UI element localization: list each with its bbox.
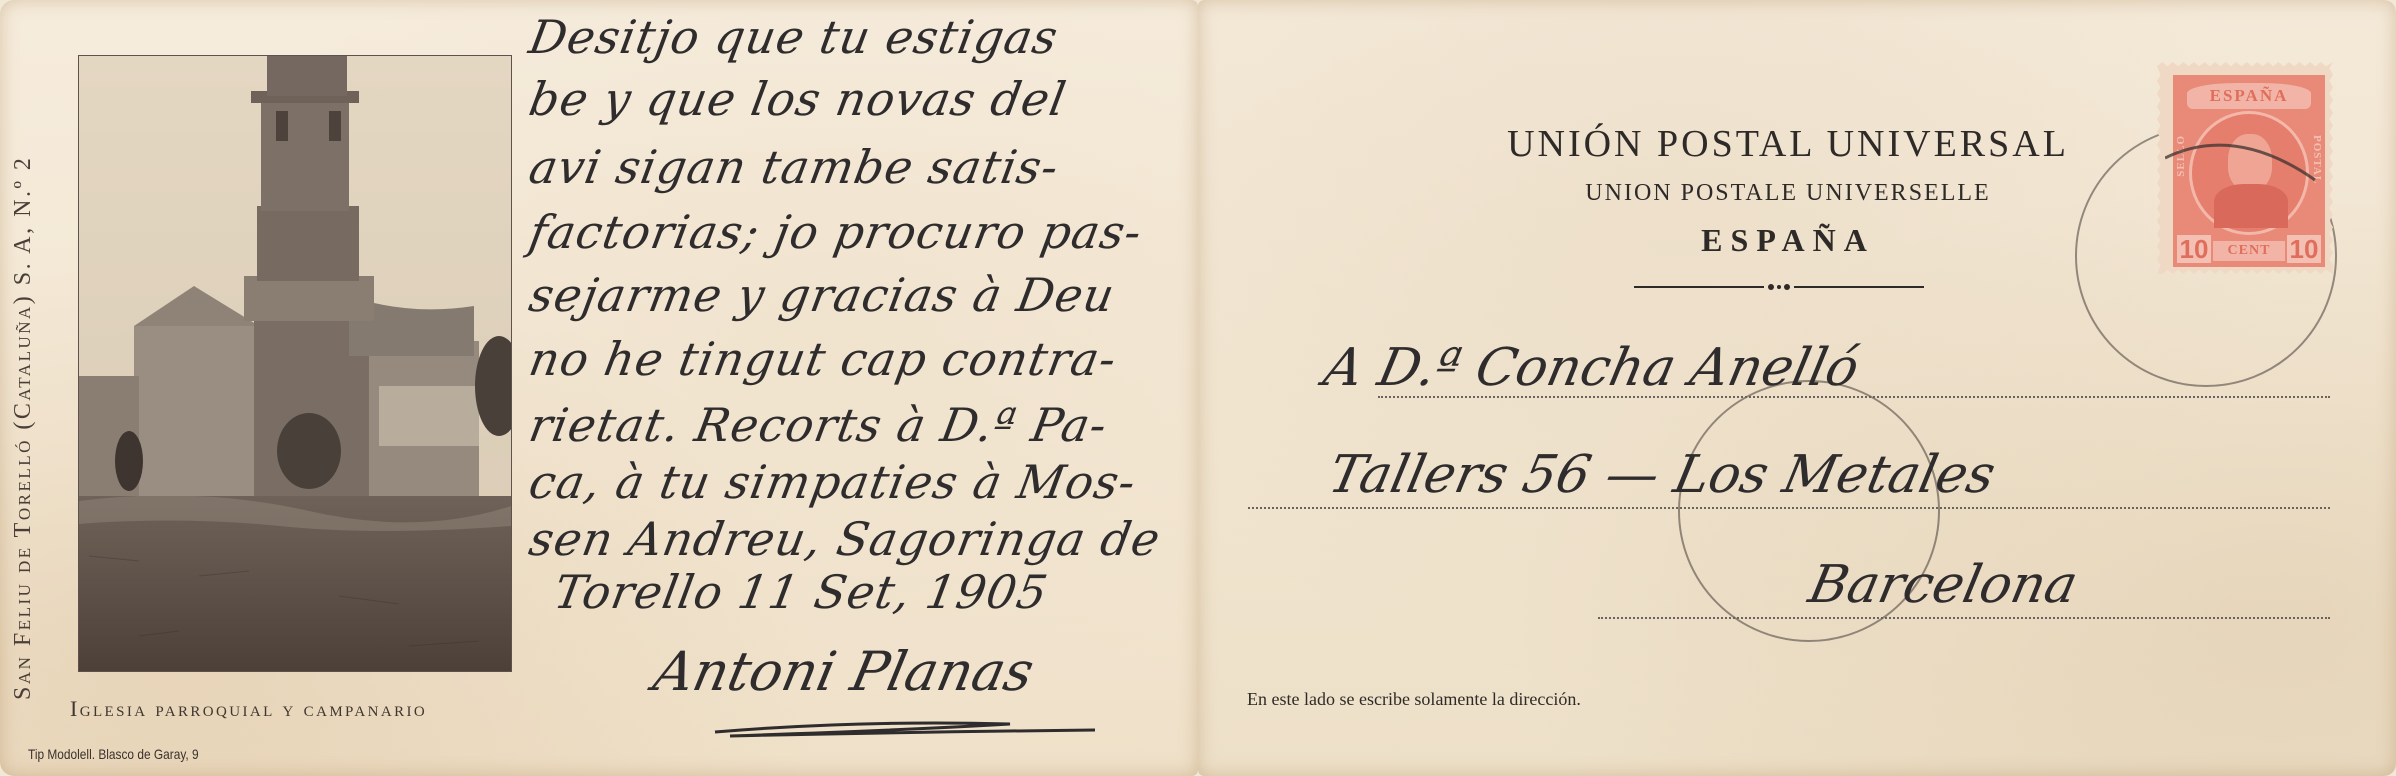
address-recipient: A D.ª Concha Anelló <box>1319 338 1865 398</box>
postcard-front: San Feliu de Torelló (Cataluña) S. A, N.… <box>0 0 1198 776</box>
header-union-postal: UNIÓN POSTAL UNIVERSAL <box>1478 122 2098 166</box>
address-line-3 <box>1598 617 2330 619</box>
message-line: factorias; jo procuro pas- <box>525 205 1146 259</box>
church-photo-image <box>79 56 511 671</box>
church-photo <box>78 55 512 672</box>
message-line: no he tingut cap contra- <box>525 332 1121 386</box>
stamp-unit: CENT <box>2213 241 2285 261</box>
address-side-note: En este lado se escribe solamente la dir… <box>1247 689 1581 710</box>
header-union-postale: UNION POSTALE UNIVERSELLE <box>1478 180 2098 207</box>
address-city: Barcelona <box>1804 555 2083 615</box>
cancel-mark-arc <box>2165 130 2325 190</box>
side-location-text: San Feliu de Torelló (Cataluña) S. A, N.… <box>10 40 37 700</box>
stamp-value-left: 10 <box>2177 235 2211 263</box>
signature: Antoni Planas <box>648 640 1039 703</box>
signature-flourish <box>710 718 1100 738</box>
message-line: sejarme y gracias à Deu <box>525 268 1119 322</box>
message-line: ca, à tu simpaties à Mos- <box>525 455 1140 509</box>
printer-credit: Tip Modolell. Blasco de Garay, 9 <box>28 746 199 762</box>
address-line-2 <box>1248 507 2330 509</box>
header-country: ESPAÑA <box>1478 222 2098 259</box>
message-line: rietat. Recorts à D.ª Pa- <box>525 398 1111 452</box>
photo-caption: Iglesia parroquial y campanario <box>70 696 427 722</box>
stamp-country: ESPAÑA <box>2187 83 2311 109</box>
message-line: sen Andreu, Sagoringa de <box>525 512 1165 566</box>
message-line: avi sigan tambe satis- <box>525 140 1063 194</box>
address-street: Tallers 56 — Los Metales <box>1324 445 2001 505</box>
ornament-divider <box>1634 281 1924 293</box>
message-line: Desitjo que tu estigas <box>525 10 1062 64</box>
message-line: be y que los novas del <box>525 72 1070 126</box>
message-line-date: Torello 11 Set, 1905 <box>550 565 1052 619</box>
stamp-value-right: 10 <box>2287 235 2321 263</box>
